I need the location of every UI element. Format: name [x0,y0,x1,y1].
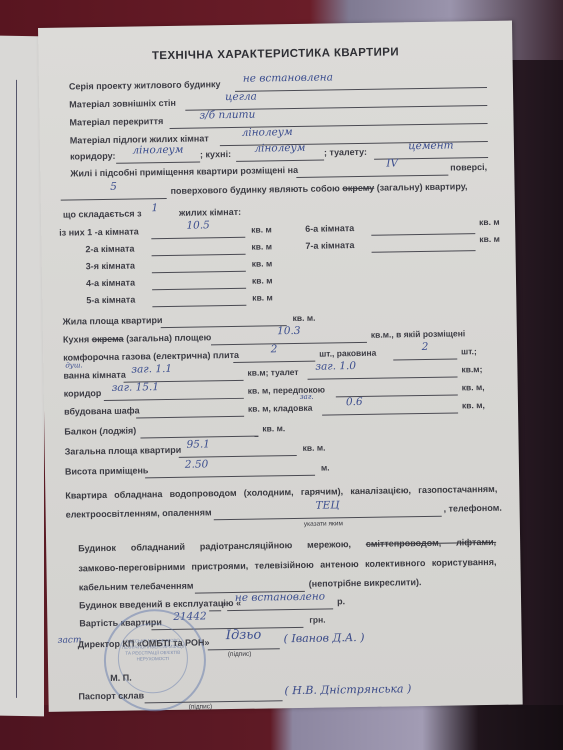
input-toilet[interactable]: заг. 1.0 [307,364,457,379]
value-height: 2.50 [145,457,315,472]
input-stove[interactable]: 2 [233,349,315,363]
label-corridor: коридор [64,388,102,399]
background-carpet-bottom [0,705,563,750]
label-bathroom: ванна кімната [63,370,125,381]
room-unit-4: кв. м [252,275,273,285]
label-floor-suffix: поверсі, [450,162,487,173]
director-signature-field[interactable]: Ідзьо [208,636,280,650]
label-cable-tv: кабельним телебаченням [79,581,194,593]
label-stove: комфорочна газова (електрична) плита [63,350,239,363]
room-label-7: 7-а кімната [305,240,354,251]
input-total-area[interactable]: 95.1 [179,443,297,458]
value-commissioned: не встановлено [227,590,333,604]
heating-hint: указати яким [304,520,343,528]
director-sign-hint: (підпис) [228,651,252,658]
label-kitchen-suffix: кв.м., в якій розміщені [371,328,465,339]
label-wall-material: Матеріал зовнішніх стін [69,98,176,110]
label-living-area: Жила площа квартири [63,315,163,327]
room-label-3: 3-я кімната [86,261,135,272]
label-total-area: Загальна площа квартири [65,445,182,457]
value-kitchen-floor: лінолеум [236,142,324,155]
value-heating: ТЕЦ [213,498,441,514]
director-name: ( Іванов Д.А. ) [284,631,365,645]
label-kitchen-floor: ; кухні: [200,149,231,159]
value-corridor-floor: лінолеум [116,143,200,156]
document-page: ТЕХНІЧНА ХАРАКТЕРИСТИКА КВАРТИРИ Серія п… [38,21,523,712]
room-unit-3: кв. м [252,258,273,268]
label-sink: шт., раковина [319,348,376,359]
prepared-sign-hint: (підпис) [189,703,213,710]
room-input-3[interactable] [152,259,246,273]
room-input-7[interactable] [371,238,475,253]
label-wardrobe: вбудована шафа [64,405,140,416]
room-label-5: 5-а кімната [86,295,135,306]
prepared-signature-field[interactable] [144,688,282,703]
value-total-area: 95.1 [178,437,296,451]
field-heating: електроосвітленням, опаленням ТЕЦ указат… [46,502,520,525]
value-kitchen-area: 10.3 [211,324,367,338]
unit-sink: шт.; [461,346,477,356]
field-height: Висота приміщень 2.50 м. [45,460,519,483]
left-page-edge [0,36,44,717]
room-label-4: 4-а кімната [86,278,135,289]
room-unit-5: кв. м [252,292,273,302]
value-toilet-floor: цемент [374,139,488,153]
label-kitchen-area: Кухня окрема (загальна) площею [63,332,212,344]
label-seal-mp: М. П. [110,673,132,683]
label-rooms-count: що складається з [63,208,142,219]
label-director: Директор КП «ОМБТІ та РОН» [78,637,210,649]
input-height[interactable]: 2.50 [145,463,315,479]
label-corridor-floor: коридору: [70,151,116,162]
label-floor-number: Жилі і підсобні приміщення квартири розм… [70,165,298,179]
value-toilet: заг. 1.0 [307,358,457,372]
room-label-6: 6-а кімната [305,223,354,234]
room-input-6[interactable] [371,221,475,236]
storage-handwritten-prefix: заг. [300,393,314,401]
prepared-by-name: ( Н.В. Дністрянська ) [284,682,411,697]
label-storage: кв. м, кладовка [248,403,313,414]
value-storage: 0.6 [322,394,458,408]
left-page-frame [0,80,17,698]
input-building-floors[interactable]: 5 [61,186,167,201]
input-corridor[interactable]: заг. 15.1 [104,386,244,401]
unit-living-area: кв. м. [293,313,316,323]
label-toilet: кв.м; туалет [247,367,298,378]
value-corridor: заг. 15.1 [104,380,244,394]
unit-price: грн. [309,615,325,625]
input-heating[interactable]: ТЕЦ [214,504,442,521]
input-corridor-floor[interactable]: лінолеум [116,149,200,163]
input-wardrobe[interactable] [136,404,244,419]
label-balcony: Балкон (лоджія) [64,426,136,437]
label-rooms-suffix: жилих кімнат: [179,207,241,218]
room-unit-6: кв. м [479,217,500,227]
label-ceiling-material: Матеріал перекриття [69,116,163,127]
value-rooms-count: 1 [137,202,173,215]
label-phone: , телефоном. [444,503,502,514]
equipment-line-1: Будинок обладнаний радіотрансляційною ме… [78,536,496,555]
cable-note: (непотрібне викреслити). [309,577,422,589]
input-rooms-count[interactable]: 1 [137,208,173,221]
bathroom-handwritten-prefix: душ. [65,361,82,369]
field-building-floors: 5 поверхового будинку являють собою окре… [41,181,515,204]
value-building-floors: 5 [60,180,166,194]
unit-hall: кв. м, [462,382,485,392]
value-project-series: не встановлена [235,69,487,85]
label-heating: електроосвітленням, опаленням [66,507,212,519]
director-signature: Ідзьо [207,627,279,643]
room-unit-7: кв. м [479,234,500,244]
room-input-5[interactable] [152,293,246,307]
value-bathroom: заг. 1.1 [123,362,243,376]
label-prepared-by: Паспорт склав [78,690,144,701]
value-floor-number: IV [296,157,448,171]
label-building-floors: поверхового будинку являють собою окрему… [170,181,467,196]
input-balcony[interactable] [140,424,258,439]
unit-toilet: кв.м; [461,364,482,374]
unit-storage: кв. м, [462,400,485,410]
label-height: Висота приміщень [65,465,149,476]
value-stove: 2 [233,343,315,356]
unit-total-area: кв. м. [303,443,326,453]
equipment-line-2: замково-переговірними пристроями, телеві… [78,556,496,575]
unit-balcony: кв. м. [262,423,285,433]
input-floor-number[interactable]: IV [296,163,448,178]
unit-height: м. [321,462,330,472]
input-storage[interactable]: 0.6 [322,400,458,415]
value-sink: 2 [393,340,457,353]
label-project-series: Серія проекту житлового будинку [69,79,221,91]
label-toilet-floor: ; туалету: [324,147,367,158]
document-title: ТЕХНІЧНА ХАРАКТЕРИСТИКА КВАРТИРИ [38,45,512,64]
room-input-4[interactable] [152,276,246,290]
